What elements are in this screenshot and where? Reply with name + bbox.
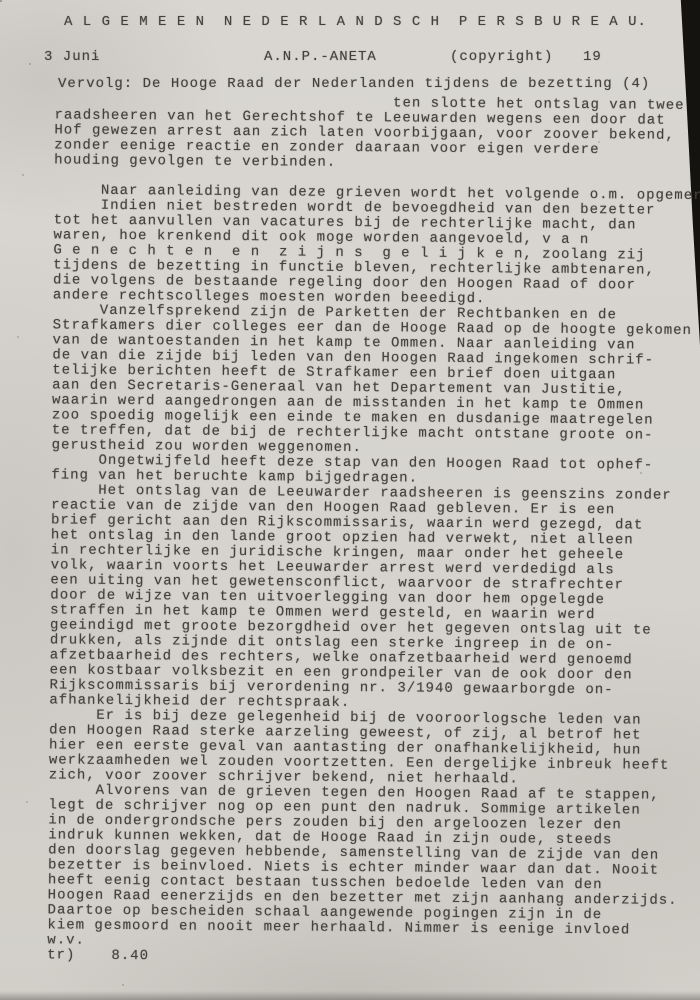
- body-text: ten slotte het ontslag van tweeraadsheer…: [47, 93, 700, 969]
- body-lines: ten slotte het ontslag van tweeraadsheer…: [47, 93, 700, 939]
- typist-code: tr): [47, 947, 75, 963]
- dateline-copyright: (copyright): [450, 50, 553, 65]
- dateline-agency: A.N.P.-ANETA: [264, 50, 377, 65]
- document-title: Vervolg: De Hooge Raad der Nederlanden t…: [58, 77, 650, 92]
- dust-specks: [0, 0, 2, 2]
- transmission-time: 8.40: [111, 948, 149, 964]
- masthead: A L G E M E E N N E D E R L A N D S C H …: [64, 15, 647, 30]
- scanned-document-page: A L G E M E E N N E D E R L A N D S C H …: [0, 0, 700, 1000]
- dateline-date: 3 Juni: [44, 50, 100, 65]
- page-number: 19: [583, 50, 602, 65]
